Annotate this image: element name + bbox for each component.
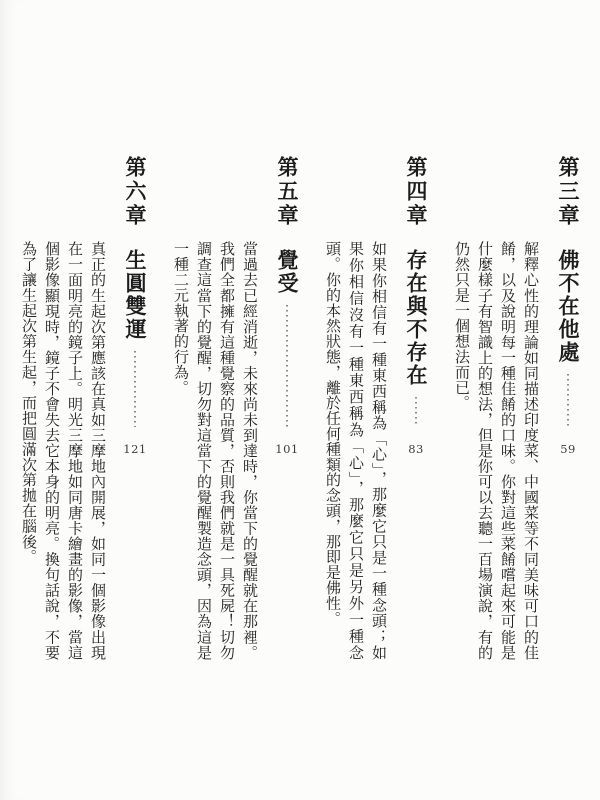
- chapter-number: 第五章: [272, 156, 302, 228]
- page-number: 83: [408, 434, 424, 464]
- chapter-description: 真正的生起次第應該在真如三摩地內開展，如同一個影像出現在一面明亮的鏡子上。明光三…: [16, 0, 108, 800]
- chapter-title: 覺受: [272, 249, 302, 295]
- dotted-leader: [415, 397, 417, 427]
- chapter-title: 存在與不存在: [401, 249, 431, 387]
- table-of-contents: 第三章 佛不在他處 59 解釋心性的理論如同描述印度菜、中國菜等不同美味可口的佳…: [0, 0, 599, 800]
- toc-entry-chapter-5: 第五章 覺受 101 當過去已經消逝，未來尚未到達時，你當下的覺醒就在那裡。我們…: [158, 0, 310, 800]
- toc-entry-chapter-3: 第三章 佛不在他處 59 解釋心性的理論如同描述印度菜、中國菜等不同美味可口的佳…: [439, 0, 591, 800]
- dotted-leader: [134, 351, 136, 427]
- chapter-description: 當過去已經消逝，未來尚未到達時，你當下的覺醒就在那裡。我們全都擁有這種覺察的品質…: [168, 0, 260, 800]
- chapter-title: 生圓雙運: [120, 249, 150, 341]
- chapter-number: 第四章: [401, 156, 431, 228]
- dotted-leader: [567, 374, 569, 427]
- chapter-heading: 第五章 覺受 101: [272, 0, 302, 800]
- page-number: 121: [123, 434, 146, 464]
- chapter-heading: 第三章 佛不在他處 59: [553, 0, 583, 800]
- page-number: 101: [275, 434, 298, 464]
- toc-entry-chapter-6: 第六章 生圓雙運 121 真正的生起次第應該在真如三摩地內開展，如同一個影像出現…: [6, 0, 158, 800]
- chapter-description: 解釋心性的理論如同描述印度菜、中國菜等不同美味可口的佳餚，以及說明每一種佳餚的口…: [449, 0, 541, 800]
- page-number: 59: [560, 434, 576, 464]
- toc-entry-chapter-4: 第四章 存在與不存在 83 如果你相信有一種東西稱為「心」，那麼它只是一種念頭；…: [310, 0, 439, 800]
- dotted-leader: [286, 305, 288, 427]
- chapter-heading: 第六章 生圓雙運 121: [120, 0, 150, 800]
- chapter-number: 第三章: [553, 156, 583, 228]
- chapter-description: 如果你相信有一種東西稱為「心」，那麼它只是一種念頭；如果你相信沒有一種東西稱為「…: [320, 0, 389, 800]
- chapter-title: 佛不在他處: [553, 249, 583, 364]
- chapter-number: 第六章: [120, 156, 150, 228]
- chapter-heading: 第四章 存在與不存在 83: [401, 0, 431, 800]
- toc-page: 第三章 佛不在他處 59 解釋心性的理論如同描述印度菜、中國菜等不同美味可口的佳…: [0, 0, 600, 800]
